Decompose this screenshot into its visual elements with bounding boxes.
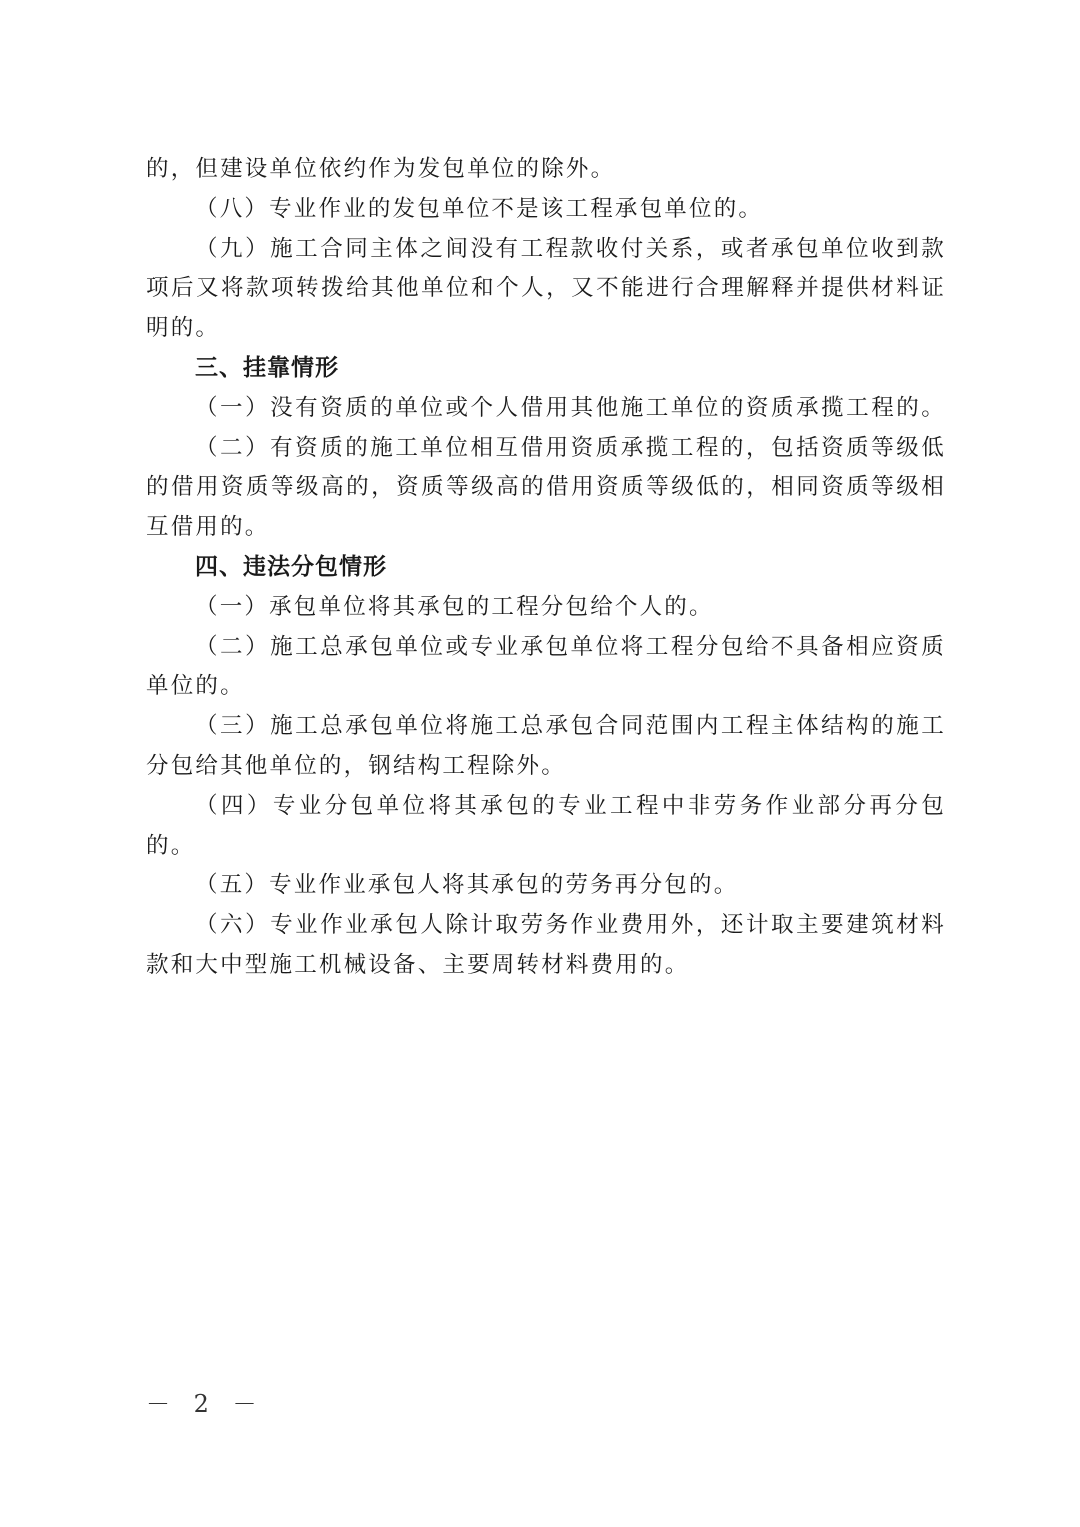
paragraph-line: （二）施工总承包单位或专业承包单位将工程分包给不具备相应资质 bbox=[146, 628, 946, 668]
page-number: － 2 － bbox=[146, 1384, 265, 1419]
paragraph-line: 的借用资质等级高的，资质等级高的借用资质等级低的，相同资质等级相 bbox=[146, 468, 946, 508]
section-heading: 四、违法分包情形 bbox=[146, 548, 946, 588]
paragraph-line: 的，但建设单位依约作为发包单位的除外。 bbox=[146, 150, 946, 190]
document-page: 的，但建设单位依约作为发包单位的除外。 （八）专业作业的发包单位不是该工程承包单… bbox=[0, 0, 1080, 1527]
paragraph-line: （一）没有资质的单位或个人借用其他施工单位的资质承揽工程的。 bbox=[146, 389, 946, 429]
paragraph-line: （三）施工总承包单位将施工总承包合同范围内工程主体结构的施工 bbox=[146, 707, 946, 747]
paragraph-line: 明的。 bbox=[146, 309, 946, 349]
paragraph-line: （九）施工合同主体之间没有工程款收付关系，或者承包单位收到款 bbox=[146, 230, 946, 270]
paragraph-line: 分包给其他单位的，钢结构工程除外。 bbox=[146, 747, 946, 787]
paragraph-line: 款和大中型施工机械设备、主要周转材料费用的。 bbox=[146, 946, 946, 986]
document-body: 的，但建设单位依约作为发包单位的除外。 （八）专业作业的发包单位不是该工程承包单… bbox=[146, 150, 946, 986]
paragraph-line: （八）专业作业的发包单位不是该工程承包单位的。 bbox=[146, 190, 946, 230]
paragraph-line: 的。 bbox=[146, 827, 946, 867]
section-heading: 三、挂靠情形 bbox=[146, 349, 946, 389]
paragraph-line: （四）专业分包单位将其承包的专业工程中非劳务作业部分再分包 bbox=[146, 787, 946, 827]
paragraph-line: 互借用的。 bbox=[146, 508, 946, 548]
paragraph-line: （五）专业作业承包人将其承包的劳务再分包的。 bbox=[146, 866, 946, 906]
paragraph-line: （六）专业作业承包人除计取劳务作业费用外，还计取主要建筑材料 bbox=[146, 906, 946, 946]
paragraph-line: 项后又将款项转拨给其他单位和个人，又不能进行合理解释并提供材料证 bbox=[146, 269, 946, 309]
paragraph-line: （二）有资质的施工单位相互借用资质承揽工程的，包括资质等级低 bbox=[146, 429, 946, 469]
paragraph-line: 单位的。 bbox=[146, 667, 946, 707]
paragraph-line: （一）承包单位将其承包的工程分包给个人的。 bbox=[146, 588, 946, 628]
